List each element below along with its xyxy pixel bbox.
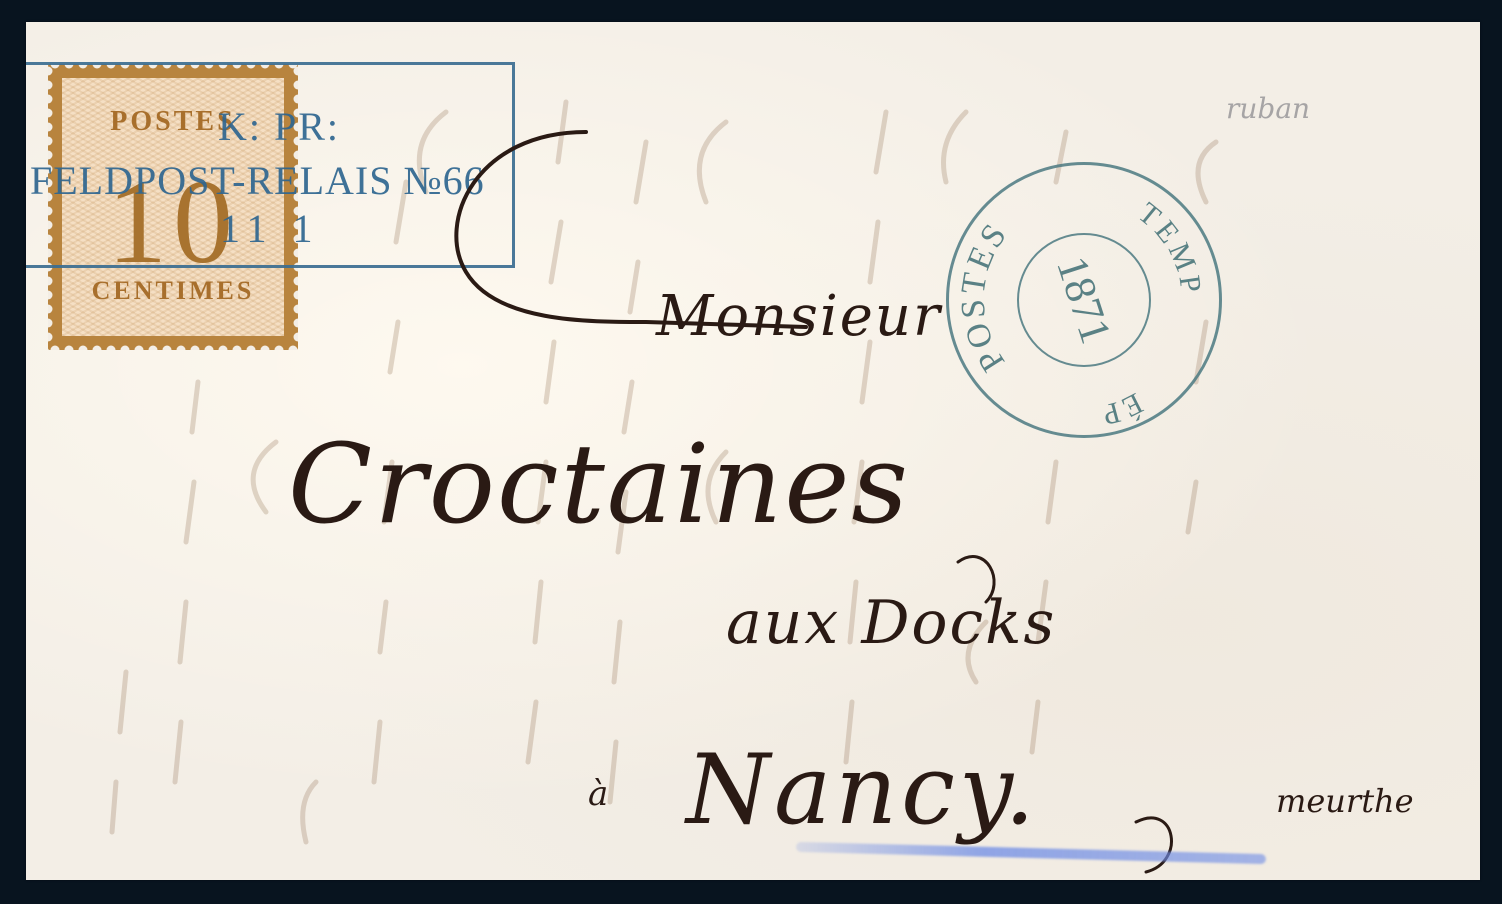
- address-name: Croctaines: [288, 420, 910, 548]
- address-line2: aux Docks: [726, 588, 1056, 658]
- address-salutation: Monsieur: [656, 284, 942, 349]
- postal-cover: ruban /* placeholder */ POSTES 10 CENTIM…: [26, 22, 1480, 880]
- address-region: meurthe: [1276, 782, 1414, 820]
- address-preposition: à: [588, 774, 608, 814]
- address-city: Nancy.: [686, 734, 1039, 846]
